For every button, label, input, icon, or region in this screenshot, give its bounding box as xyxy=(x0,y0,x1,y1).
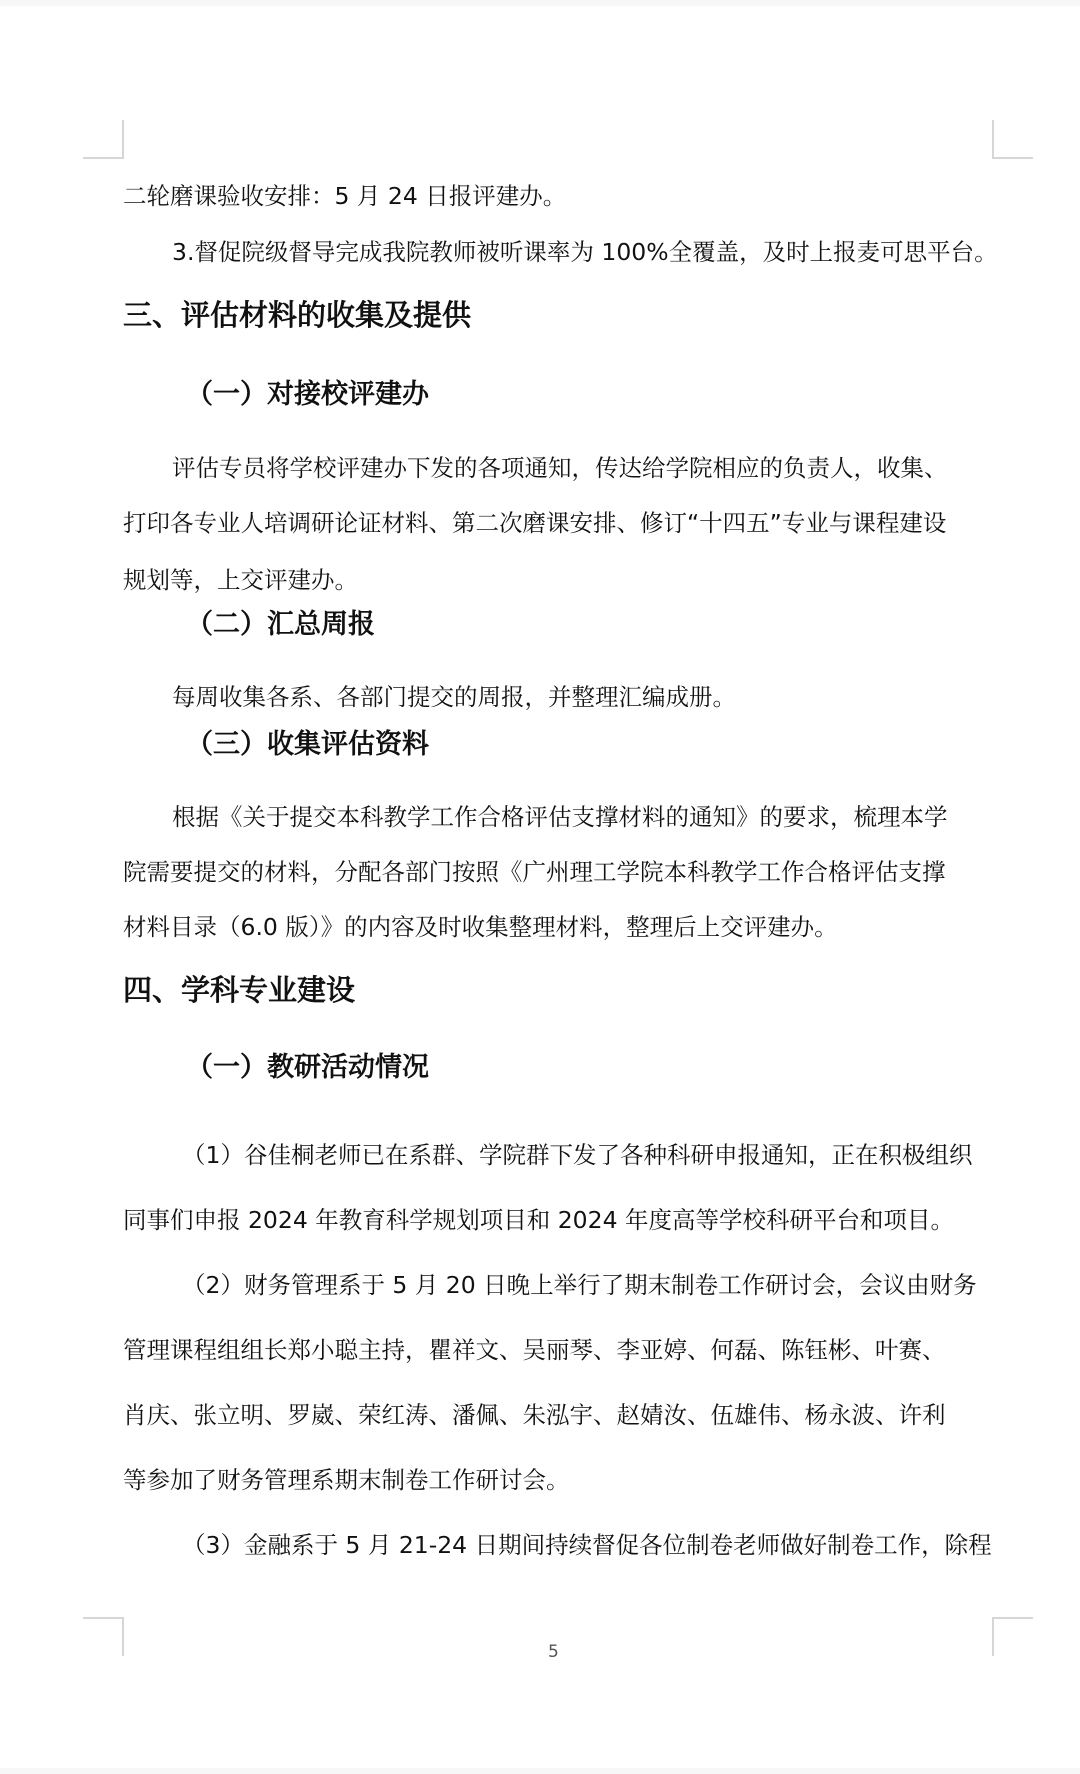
subsection-heading: （一）对接校评建办 xyxy=(186,378,429,412)
section-heading: 四、学科专业建设 xyxy=(123,972,355,1008)
body-line: 打印各专业人培调研论证材料、第二次磨课安排、修订“十四五”专业与课程建设 xyxy=(123,508,946,538)
body-line: 管理课程组组长郑小聪主持，瞿祥文、吴丽琴、李亚婷、何磊、陈钰彬、叶赛、 xyxy=(123,1335,946,1365)
crop-mark-top-right xyxy=(992,120,1033,159)
subsection-heading: （二）汇总周报 xyxy=(186,608,375,642)
body-line: 等参加了财务管理系期末制卷工作研讨会。 xyxy=(123,1465,570,1495)
bottom-edge xyxy=(0,1768,1080,1774)
body-line: 规划等，上交评建办。 xyxy=(123,565,358,595)
body-line: 院需要提交的材料，分配各部门按照《广州理工学院本科教学工作合格评估支撑 xyxy=(123,857,946,887)
body-line: （2）财务管理系于 5 月 20 日晚上举行了期末制卷工作研讨会，会议由财务 xyxy=(182,1270,977,1300)
crop-mark-bottom-right xyxy=(992,1617,1033,1656)
body-line: 材料目录（6.0 版）》的内容及时收集整理材料，整理后上交评建办。 xyxy=(123,912,838,942)
subsection-heading: （一）教研活动情况 xyxy=(186,1051,429,1085)
body-line: （3）金融系于 5 月 21-24 日期间持续督促各位制卷老师做好制卷工作，除程 xyxy=(182,1530,992,1560)
page-number: 5 xyxy=(548,1641,559,1663)
body-line: 二轮磨课验收安排：5 月 24 日报评建办。 xyxy=(123,181,566,211)
crop-mark-bottom-left xyxy=(83,1617,124,1656)
body-line: （1）谷佳桐老师已在系群、学院群下发了各种科研申报通知，正在积极组织 xyxy=(182,1140,972,1170)
body-line: 肖庆、张立明、罗崴、荣红涛、潘佩、朱泓宇、赵婧汝、伍雄伟、杨永波、许利 xyxy=(123,1400,946,1430)
body-line: 每周收集各系、各部门提交的周报，并整理汇编成册。 xyxy=(172,682,736,712)
top-edge xyxy=(0,0,1080,6)
subsection-heading: （三）收集评估资料 xyxy=(186,728,429,762)
body-line: 3.督促院级督导完成我院教师被听课率为 100%全覆盖，及时上报麦可思平台。 xyxy=(172,237,998,267)
body-line: 根据《关于提交本科教学工作合格评估支撑材料的通知》的要求，梳理本学 xyxy=(172,802,948,832)
body-line: 同事们申报 2024 年教育科学规划项目和 2024 年度高等学校科研平台和项目… xyxy=(123,1205,954,1235)
section-heading: 三、评估材料的收集及提供 xyxy=(123,297,471,333)
crop-mark-top-left xyxy=(83,120,124,159)
body-line: 评估专员将学校评建办下发的各项通知，传达给学院相应的负责人，收集、 xyxy=(172,453,948,483)
